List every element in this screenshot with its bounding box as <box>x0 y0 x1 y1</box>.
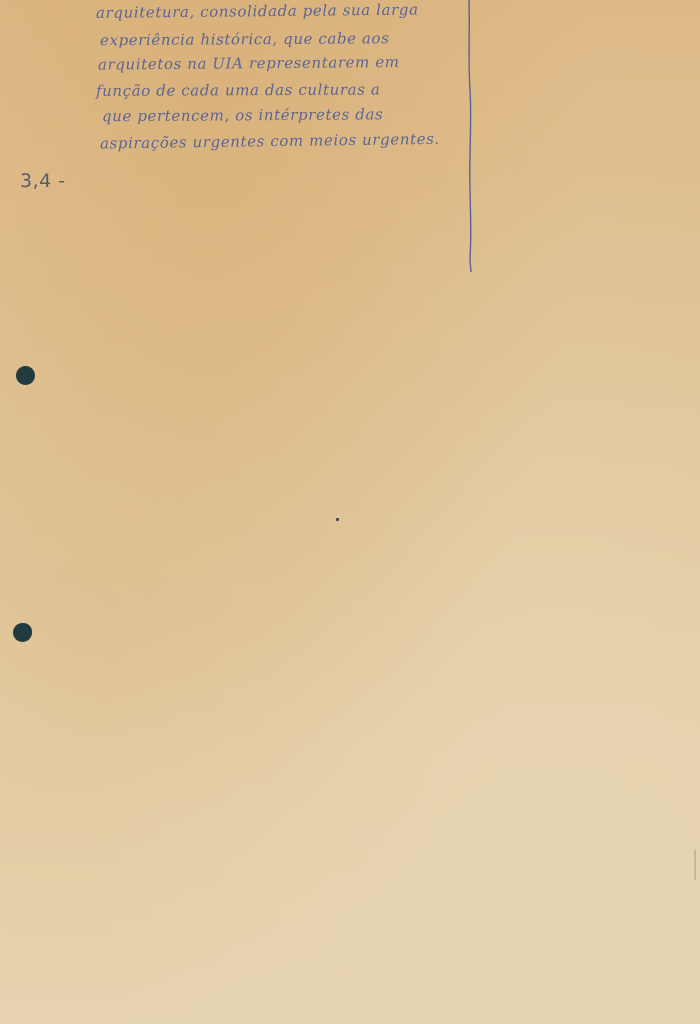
margin-rule-line <box>464 0 476 275</box>
handwritten-line: que pertencem, os intérpretes das <box>96 103 466 129</box>
handwritten-paragraph: arquitetura, consolidada pela sua larga … <box>96 0 466 141</box>
handwritten-line: aspirações urgentes com meios urgentes. <box>96 127 466 156</box>
punch-hole <box>16 366 35 385</box>
section-number: 3,4 - <box>20 170 66 192</box>
punch-hole <box>13 623 32 642</box>
handwritten-line: arquitetura, consolidada pela sua larga <box>96 0 466 25</box>
handwritten-line: arquitetos na UIA representarem em <box>96 50 466 77</box>
handwritten-line: experiência histórica, que cabe aos <box>96 26 466 52</box>
paper-edge-mark <box>694 850 696 880</box>
handwritten-line: função de cada uma das culturas a <box>96 78 466 103</box>
ink-speck <box>336 518 339 521</box>
